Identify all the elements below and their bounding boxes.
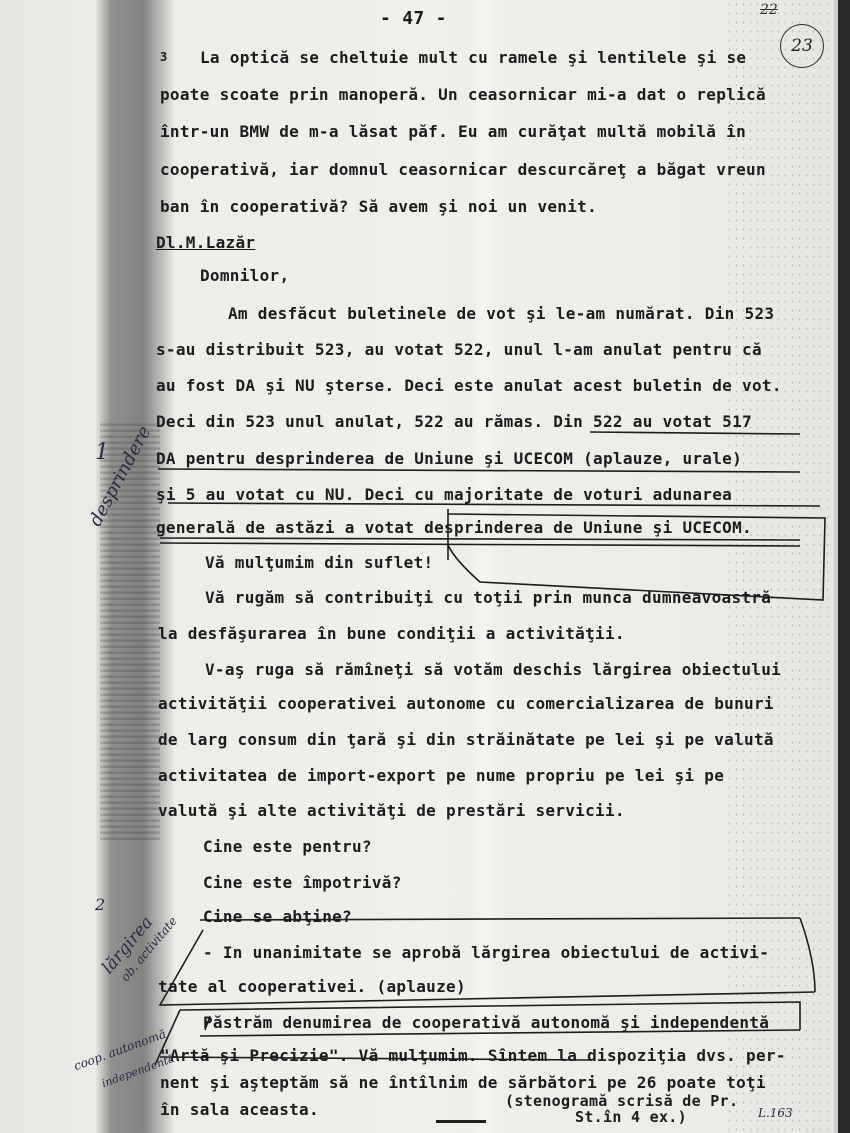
page-number: - 47 - <box>380 8 447 29</box>
signature-mark: L.163 <box>758 1106 793 1120</box>
text-line: nent şi aşteptăm să ne întîlnim de sărbă… <box>160 1073 766 1092</box>
thanks-line: Vă mulţumim din suflet! <box>205 553 433 572</box>
text-line: - In unanimitate se aprobă lărgirea obie… <box>203 943 769 962</box>
text-line: activităţii cooperativei autonome cu com… <box>158 694 774 713</box>
footer-rule <box>436 1120 486 1123</box>
text-line: V-aş ruga să rămîneţi să votăm deschis l… <box>205 660 781 679</box>
speaker-name: Dl.M.Lazăr <box>156 233 255 252</box>
archive-number-circled: 23 <box>780 24 824 68</box>
salutation: Domnilor, <box>200 266 289 285</box>
side-number: 3 <box>160 50 168 64</box>
page-edge <box>838 0 850 1133</box>
text-line: tate al cooperativei. (aplauze) <box>158 977 466 996</box>
text-line: "Artă şi Precizie". Vă mulţumim. Sîntem … <box>160 1046 786 1065</box>
text-line: Păstrăm denumirea de cooperativă autonom… <box>203 1013 769 1032</box>
question-line: Cine este pentru? <box>203 837 372 856</box>
text-line: Deci din 523 unul anulat, 522 au rămas. … <box>156 412 752 431</box>
text-line: generală de astăzi a votat desprinderea … <box>156 518 752 537</box>
text-line: La optică se cheltuie mult cu ramele şi … <box>200 48 746 67</box>
question-line: Cine se abţine? <box>203 907 352 926</box>
text-line: de larg consum din ţară şi din străinăta… <box>158 730 774 749</box>
text-line: în sala aceasta. <box>160 1100 319 1119</box>
text-line: valută şi alte activităţi de prestări se… <box>158 801 625 820</box>
text-line: şi 5 au votat cu NU. Deci cu majoritate … <box>156 485 732 504</box>
archive-number-struck: 22 <box>760 2 778 18</box>
text-line: într-un BMW de m-a lăsat păf. Eu am cură… <box>160 122 746 141</box>
question-line: Cine este împotrivă? <box>203 873 402 892</box>
text-line: ban în cooperativă? Să avem şi noi un ve… <box>160 197 597 216</box>
text-line: DA pentru desprinderea de Uniune şi UCEC… <box>156 449 742 468</box>
annotation-number: 2 <box>95 895 105 914</box>
text-line: s-au distribuit 523, au votat 522, unul … <box>156 340 762 359</box>
annotation-number: 1 <box>95 440 109 465</box>
footer-note: St.în 4 ex.) <box>575 1108 687 1126</box>
text-line: activitatea de import-export pe nume pro… <box>158 766 724 785</box>
text-line: cooperativă, iar domnul ceasornicar desc… <box>160 160 766 179</box>
text-line: au fost DA şi NU şterse. Deci este anula… <box>156 376 782 395</box>
text-line: Am desfăcut buletinele de vot şi le-am n… <box>228 304 774 323</box>
text-line: Vă rugăm să contribuiţi cu toţii prin mu… <box>205 588 771 607</box>
text-line: poate scoate prin manoperă. Un ceasornic… <box>160 85 766 104</box>
text-line: la desfăşurarea în bune condiţii a activ… <box>158 624 625 643</box>
